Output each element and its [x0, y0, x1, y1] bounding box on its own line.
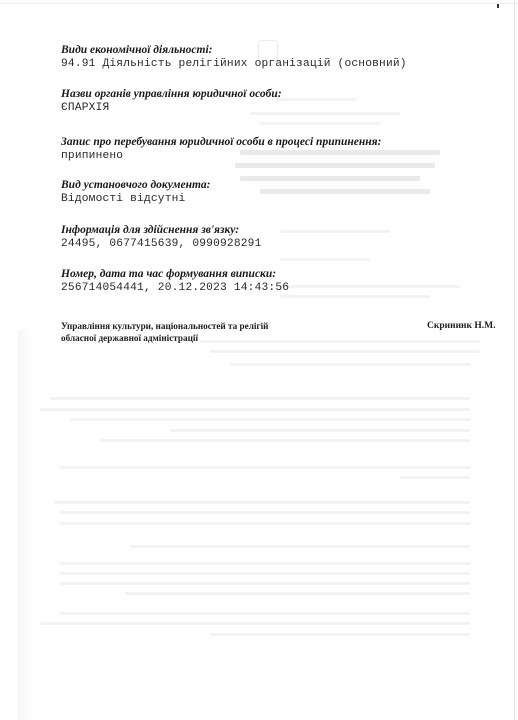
scan-speck [497, 4, 499, 8]
show-through-line [235, 163, 435, 168]
page-edge-right [514, 0, 515, 720]
field-termination-status: Запис про перебування юридичної особи в … [61, 135, 381, 163]
show-through-line [125, 592, 470, 595]
field-label: Вид установчого документа: [61, 178, 210, 192]
field-extract-number-date: Номер, дата та час формування виписки: 2… [61, 267, 289, 295]
field-label: Інформація для здійснення зв'язку: [61, 223, 262, 237]
signatory-name: Скрининк Н.М. [427, 321, 495, 333]
show-through-line [70, 418, 470, 421]
field-value: 24495, 0677415639, 0990928291 [61, 237, 262, 251]
show-through-line [60, 511, 470, 514]
issuer-block: Управління культури, національностей та … [61, 321, 268, 344]
show-through-line [40, 622, 470, 625]
show-through-line [276, 98, 356, 101]
show-through-line [280, 258, 370, 261]
show-through-line [60, 466, 470, 469]
show-through-line [130, 545, 470, 548]
field-value: припинено [61, 149, 381, 163]
show-through-line [60, 522, 470, 525]
show-through-line [55, 501, 470, 504]
show-through-line [60, 562, 470, 565]
show-through-line [40, 408, 470, 411]
field-label: Назви органів управління юридичної особи… [61, 87, 282, 101]
field-economic-activity: Види економічної діяльності: 94.91 Діяль… [61, 43, 407, 71]
document-page: Види економічної діяльності: 94.91 Діяль… [0, 0, 518, 720]
field-value: ЄПАРХІЯ [61, 101, 282, 115]
show-through-line [260, 122, 380, 125]
field-value: 256714054441, 20.12.2023 14:43:56 [61, 281, 289, 295]
show-through-line [50, 397, 470, 400]
show-through-line [60, 572, 470, 575]
show-through-line [100, 439, 470, 442]
show-through-line [210, 350, 480, 353]
show-through-line [230, 363, 470, 366]
field-founding-document: Вид установчого документа: Відомості від… [61, 178, 210, 206]
show-through-line [60, 612, 470, 615]
show-through-line [240, 176, 420, 181]
show-through-line [280, 285, 460, 288]
show-through-line [210, 633, 470, 636]
scan-shadow [18, 330, 30, 720]
show-through-line [280, 295, 430, 298]
field-management-bodies: Назви органів управління юридичної особи… [61, 87, 282, 115]
field-contact-info: Інформація для здійснення зв'язку: 24495… [61, 223, 262, 251]
page-edge-top [0, 3, 518, 4]
issuer-line-1: Управління культури, національностей та … [61, 321, 268, 333]
field-value: Відомості відсутні [61, 192, 210, 206]
field-value: 94.91 Діяльність релігійних організацій … [61, 57, 407, 71]
show-through-line [60, 582, 470, 585]
issuer-line-2: обласної державної адміністрації [61, 333, 268, 345]
show-through-line [170, 429, 470, 432]
field-label: Номер, дата та час формування виписки: [61, 267, 289, 281]
show-through-line [400, 476, 470, 479]
show-through-line [260, 189, 430, 194]
show-through-line [280, 230, 390, 233]
field-label: Запис про перебування юридичної особи в … [61, 135, 381, 149]
field-label: Види економічної діяльності: [61, 43, 407, 57]
